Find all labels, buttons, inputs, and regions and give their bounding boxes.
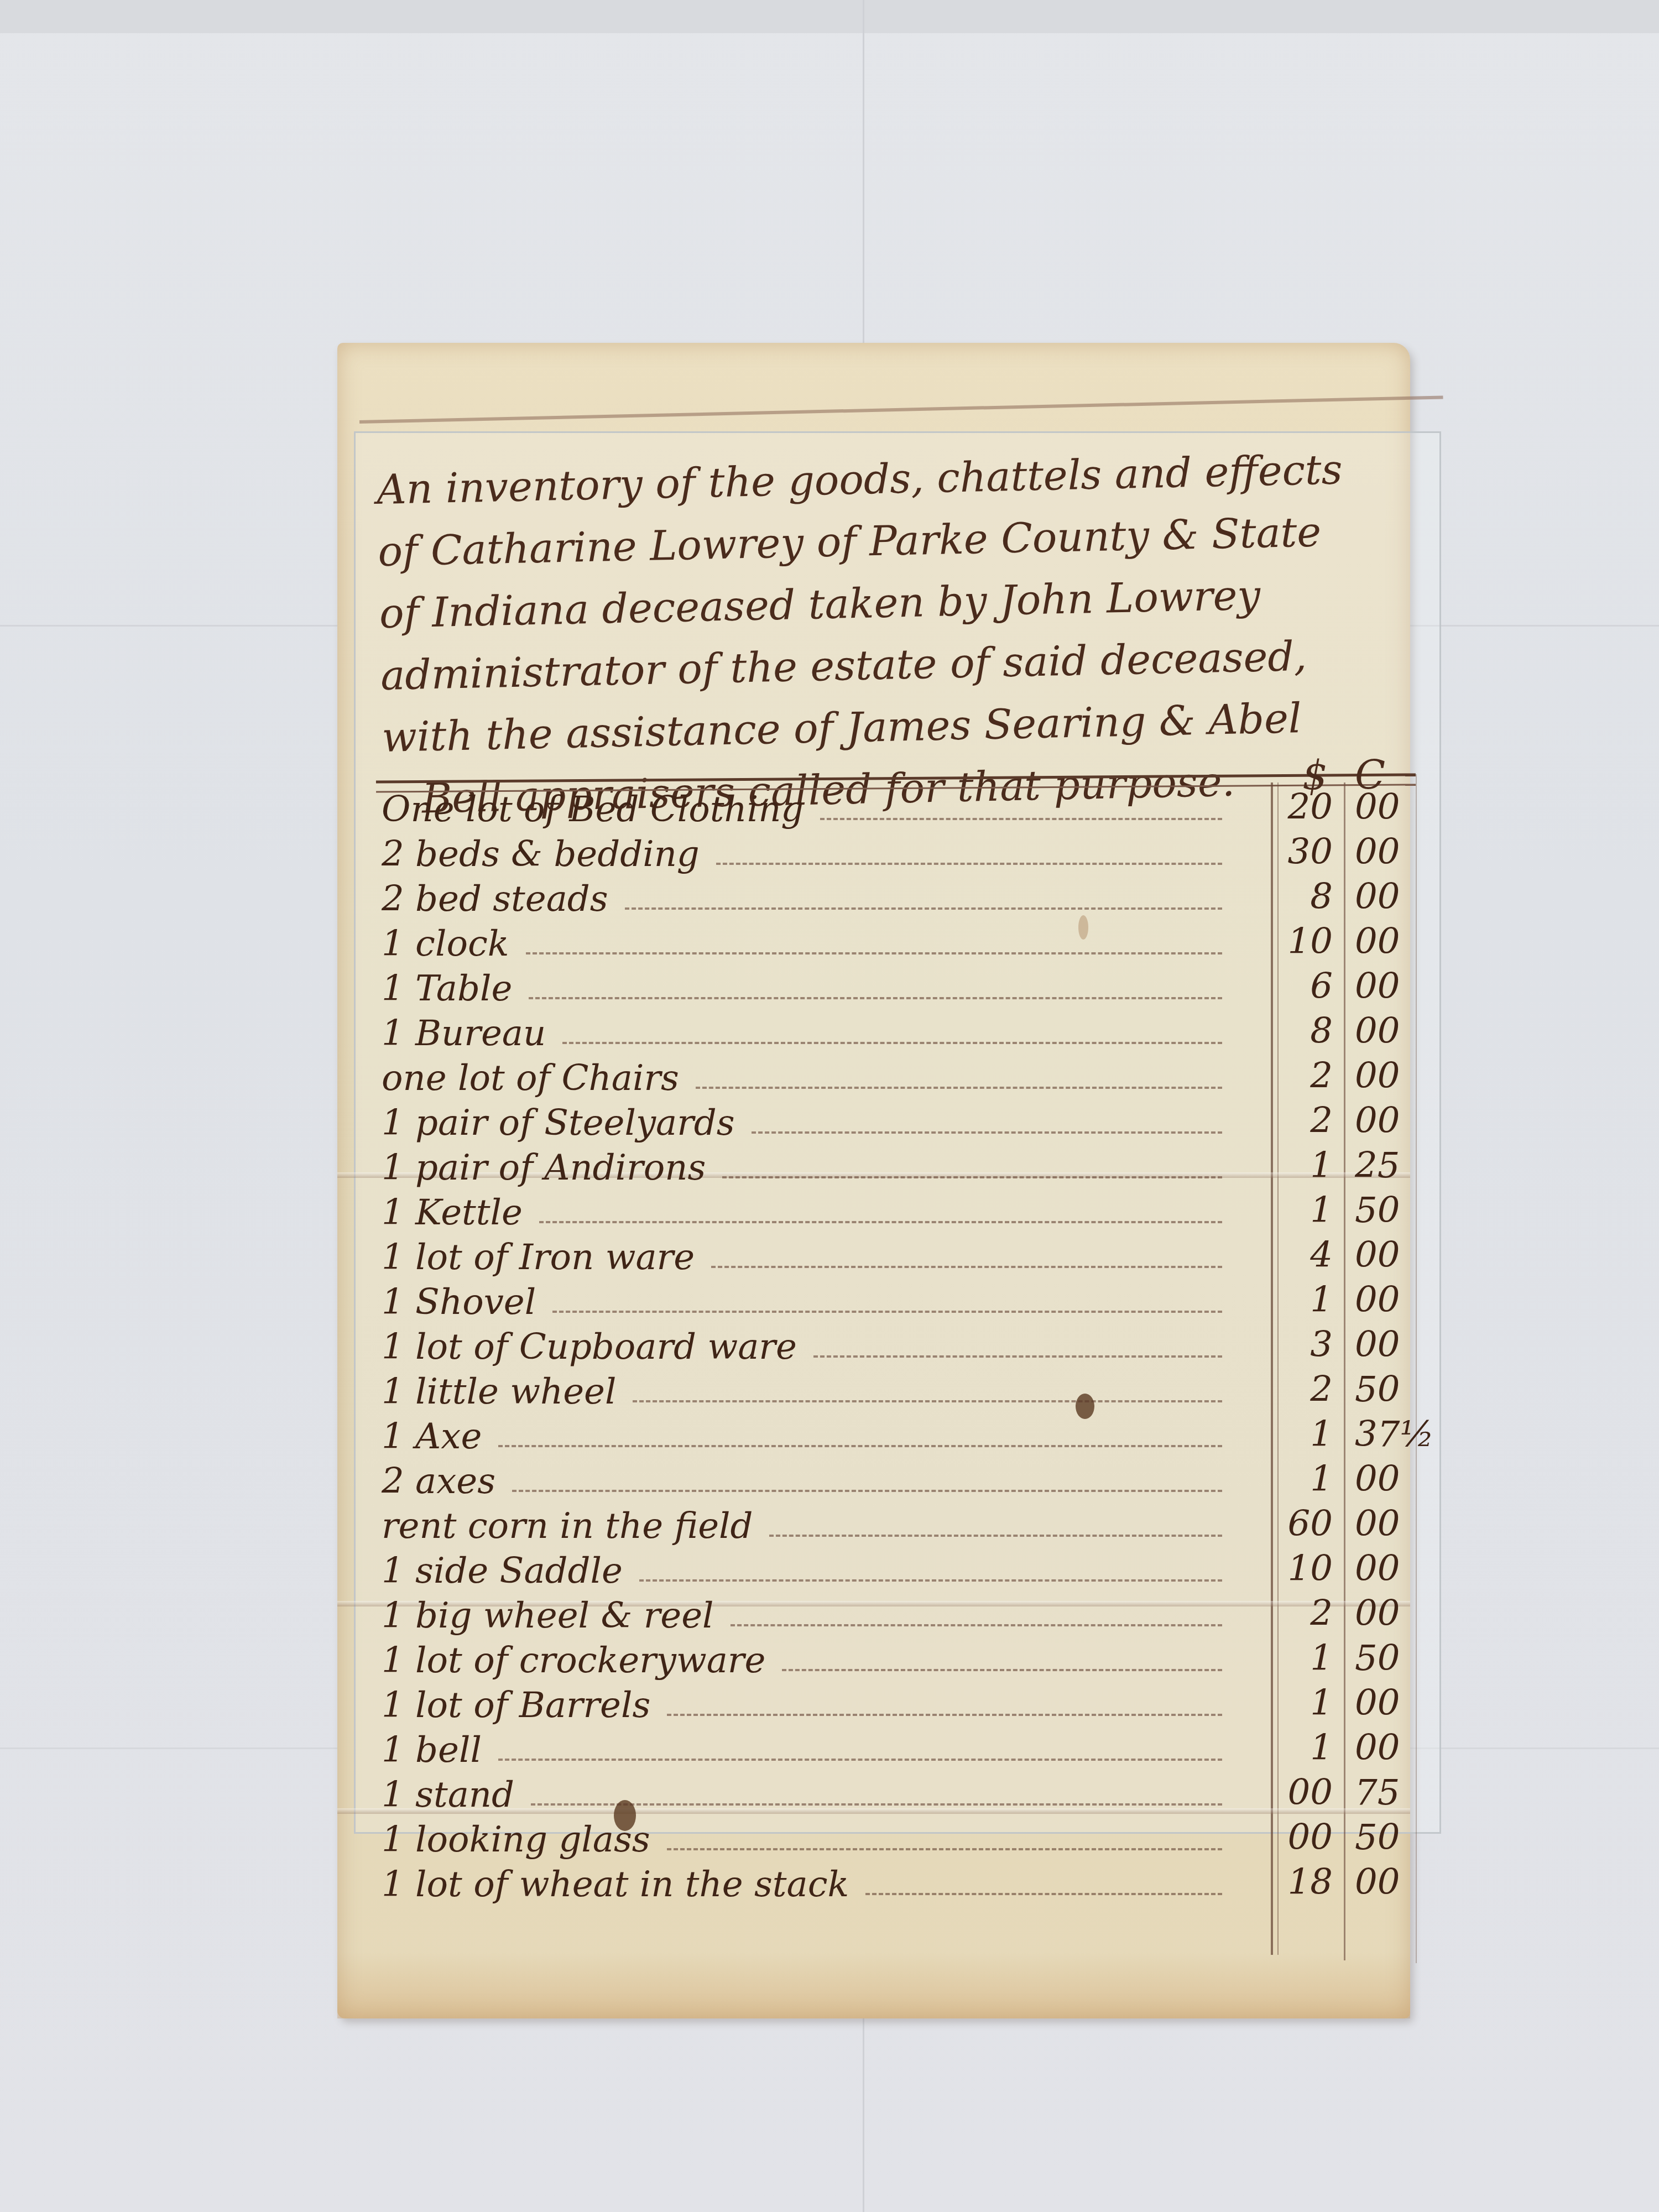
leader-dashes: [639, 1579, 1222, 1582]
leader-dashes: [531, 1803, 1222, 1806]
item-cents: 37½: [1355, 1414, 1416, 1455]
item-cents: 00: [1355, 1459, 1416, 1500]
item-dollars: 18: [1277, 1862, 1333, 1903]
inventory-row: 1 pair of Steelyards200: [382, 1099, 1427, 1144]
leader-dashes: [716, 863, 1222, 865]
inventory-row: 1 looking glass0050: [382, 1815, 1427, 1860]
leader-dashes: [498, 1445, 1222, 1447]
leader-dashes: [722, 1176, 1222, 1178]
item-dollars: 1: [1277, 1638, 1333, 1679]
item-description: 1 lot of wheat in the stack: [382, 1864, 849, 1905]
item-dollars: 30: [1277, 832, 1333, 873]
item-cents: 00: [1355, 1100, 1416, 1141]
item-description: 1 bell: [382, 1730, 482, 1771]
item-cents: 00: [1355, 1548, 1416, 1589]
item-description: 1 lot of Iron ware: [382, 1237, 695, 1278]
leader-dashes: [526, 952, 1222, 954]
inventory-row: 1 Table600: [382, 964, 1427, 1009]
item-cents: 00: [1355, 1728, 1416, 1768]
item-dollars: 1: [1277, 1459, 1333, 1500]
item-dollars: 10: [1277, 921, 1333, 962]
leader-dashes: [552, 1311, 1222, 1313]
item-description: 1 lot of Barrels: [382, 1685, 650, 1726]
item-description: 1 Table: [382, 968, 512, 1009]
inventory-row: 1 Shovel100: [382, 1278, 1427, 1323]
item-cents: 50: [1355, 1190, 1416, 1231]
inventory-row: 1 lot of Cupboard ware300: [382, 1323, 1427, 1368]
item-cents: 00: [1355, 787, 1416, 828]
item-cents: 00: [1355, 1324, 1416, 1365]
item-dollars: 2: [1277, 1369, 1333, 1410]
item-cents: 00: [1355, 1280, 1416, 1321]
leader-dashes: [667, 1714, 1222, 1716]
item-cents: 50: [1355, 1369, 1416, 1410]
item-description: 1 lot of Cupboard ware: [382, 1327, 797, 1368]
leader-dashes: [667, 1848, 1222, 1850]
inventory-row: 1 lot of crockeryware150: [382, 1636, 1427, 1681]
inventory-row: 1 Axe137½: [382, 1412, 1427, 1457]
item-description: 1 Axe: [382, 1416, 482, 1457]
leader-dashes: [782, 1669, 1222, 1671]
inventory-row: 1 Bureau800: [382, 1009, 1427, 1054]
item-description: 1 stand: [382, 1775, 514, 1815]
item-dollars: 60: [1277, 1504, 1333, 1545]
inventory-row: 1 lot of Iron ware400: [382, 1233, 1427, 1278]
item-cents: 00: [1355, 1504, 1416, 1545]
inventory-row: 1 big wheel & reel200: [382, 1592, 1427, 1636]
item-dollars: 8: [1277, 1011, 1333, 1052]
inventory-row: 1 clock1000: [382, 920, 1427, 964]
item-dollars: 8: [1277, 877, 1333, 917]
inventory-row: 1 lot of wheat in the stack1800: [382, 1860, 1427, 1905]
leader-dashes: [752, 1131, 1222, 1134]
item-description: 1 little wheel: [382, 1371, 616, 1412]
leader-dashes: [633, 1400, 1222, 1402]
item-dollars: 10: [1277, 1548, 1333, 1589]
item-description: One lot of Bed Clothing: [382, 789, 804, 830]
item-cents: 50: [1355, 1638, 1416, 1679]
item-description: 1 clock: [382, 924, 509, 964]
item-dollars: 00: [1277, 1772, 1333, 1813]
item-dollars: 2: [1277, 1056, 1333, 1097]
inventory-heading: An inventory of the goods, chattels and …: [376, 437, 1423, 831]
item-cents: 75: [1355, 1772, 1416, 1813]
inventory-row: 1 side Saddle1000: [382, 1547, 1427, 1592]
item-dollars: 2: [1277, 1100, 1333, 1141]
item-dollars: 6: [1277, 966, 1333, 1007]
leader-dashes: [711, 1266, 1222, 1268]
leader-dashes: [529, 997, 1222, 999]
item-description: 1 Kettle: [382, 1192, 523, 1233]
item-dollars: 20: [1277, 787, 1333, 828]
item-description: 2 axes: [382, 1461, 495, 1502]
leader-dashes: [731, 1624, 1223, 1626]
item-dollars: 1: [1277, 1280, 1333, 1321]
item-cents: 00: [1355, 1235, 1416, 1276]
item-dollars: 4: [1277, 1235, 1333, 1276]
inventory-row: 1 pair of Andirons125: [382, 1144, 1427, 1188]
item-cents: 00: [1355, 1683, 1416, 1724]
leader-dashes: [539, 1221, 1222, 1223]
inventory-row: 1 stand0075: [382, 1771, 1427, 1815]
leader-dashes: [820, 818, 1222, 820]
item-description: one lot of Chairs: [382, 1058, 679, 1099]
leader-dashes: [865, 1893, 1222, 1895]
item-cents: 00: [1355, 877, 1416, 917]
item-cents: 00: [1355, 1011, 1416, 1052]
leader-dashes: [625, 907, 1222, 910]
inventory-row: 1 little wheel250: [382, 1368, 1427, 1412]
item-dollars: 00: [1277, 1817, 1333, 1858]
leader-dashes: [769, 1535, 1222, 1537]
item-cents: 00: [1355, 1593, 1416, 1634]
item-dollars: 2: [1277, 1593, 1333, 1634]
item-description: 1 pair of Steelyards: [382, 1103, 735, 1144]
item-description: 1 big wheel & reel: [382, 1595, 714, 1636]
inventory-row: 2 axes100: [382, 1457, 1427, 1502]
inventory-row: 2 beds & bedding3000: [382, 830, 1427, 875]
item-dollars: 1: [1277, 1145, 1333, 1186]
inventory-row: 2 bed steads800: [382, 875, 1427, 920]
inventory-row: rent corn in the field6000: [382, 1502, 1427, 1547]
item-dollars: 3: [1277, 1324, 1333, 1365]
item-description: 2 beds & bedding: [382, 834, 700, 875]
item-description: 2 bed steads: [382, 879, 608, 920]
leader-dashes: [696, 1087, 1222, 1089]
leader-dashes: [512, 1490, 1222, 1492]
background-top-strip: [0, 0, 1659, 33]
item-dollars: 1: [1277, 1728, 1333, 1768]
inventory-row: 1 lot of Barrels100: [382, 1681, 1427, 1726]
inventory-row: One lot of Bed Clothing2000: [382, 785, 1427, 830]
item-cents: 00: [1355, 966, 1416, 1007]
item-dollars: 1: [1277, 1414, 1333, 1455]
item-description: 1 side Saddle: [382, 1551, 623, 1592]
item-dollars: 1: [1277, 1683, 1333, 1724]
item-cents: 00: [1355, 921, 1416, 962]
item-cents: 00: [1355, 832, 1416, 873]
item-cents: 50: [1355, 1817, 1416, 1858]
item-description: 1 lot of crockeryware: [382, 1640, 765, 1681]
item-cents: 00: [1355, 1056, 1416, 1097]
inventory-items: One lot of Bed Clothing2000 2 beds & bed…: [382, 785, 1427, 1905]
inventory-row: one lot of Chairs200: [382, 1054, 1427, 1099]
item-cents: 25: [1355, 1145, 1416, 1186]
item-cents: 00: [1355, 1862, 1416, 1903]
item-description: 1 looking glass: [382, 1819, 650, 1860]
inventory-row: 1 bell100: [382, 1726, 1427, 1771]
item-description: 1 Shovel: [382, 1282, 536, 1323]
leader-dashes: [498, 1759, 1222, 1761]
item-description: 1 pair of Andirons: [382, 1147, 706, 1188]
leader-dashes: [813, 1355, 1222, 1358]
item-description: rent corn in the field: [382, 1506, 753, 1547]
leader-dashes: [562, 1042, 1222, 1044]
item-dollars: 1: [1277, 1190, 1333, 1231]
item-description: 1 Bureau: [382, 1013, 546, 1054]
inventory-row: 1 Kettle150: [382, 1188, 1427, 1233]
